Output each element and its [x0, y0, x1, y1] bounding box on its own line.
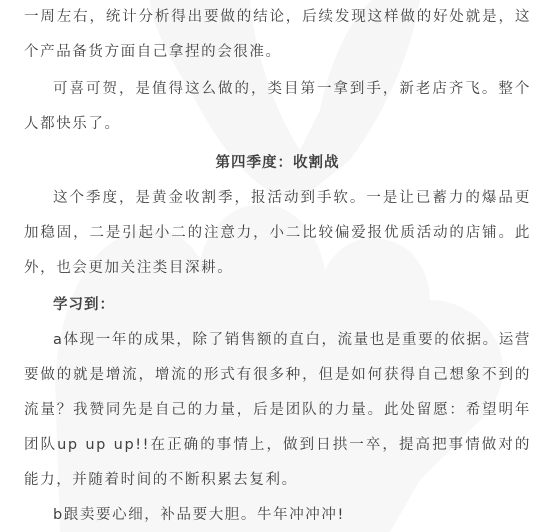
- learned-heading: 学习到：: [24, 288, 531, 323]
- article-paragraph: 一周左右，统计分析得出要做的结论，后续发现这样做的好处就是，这个产品备货方面自己…: [24, 0, 531, 70]
- section-heading: 第四季度：收割战: [24, 146, 531, 181]
- learned-point: b跟卖要心细，补品要大胆。牛年冲冲冲!: [24, 498, 531, 532]
- article-paragraph: 这个季度，是黄金收割季，报活动到手软。一是让已蓄力的爆品更加稳固，二是引起小二的…: [24, 181, 531, 286]
- article-body: 一周左右，统计分析得出要做的结论，后续发现这样做的好处就是，这个产品备货方面自己…: [0, 0, 555, 532]
- article-paragraph: 可喜可贺，是值得这么做的，类目第一拿到手，新老店齐飞。整个人都快乐了。: [24, 72, 531, 142]
- learned-point: a体现一年的成果，除了销售额的直白，流量也是重要的依据。运营要做的就是增流，增流…: [24, 323, 531, 498]
